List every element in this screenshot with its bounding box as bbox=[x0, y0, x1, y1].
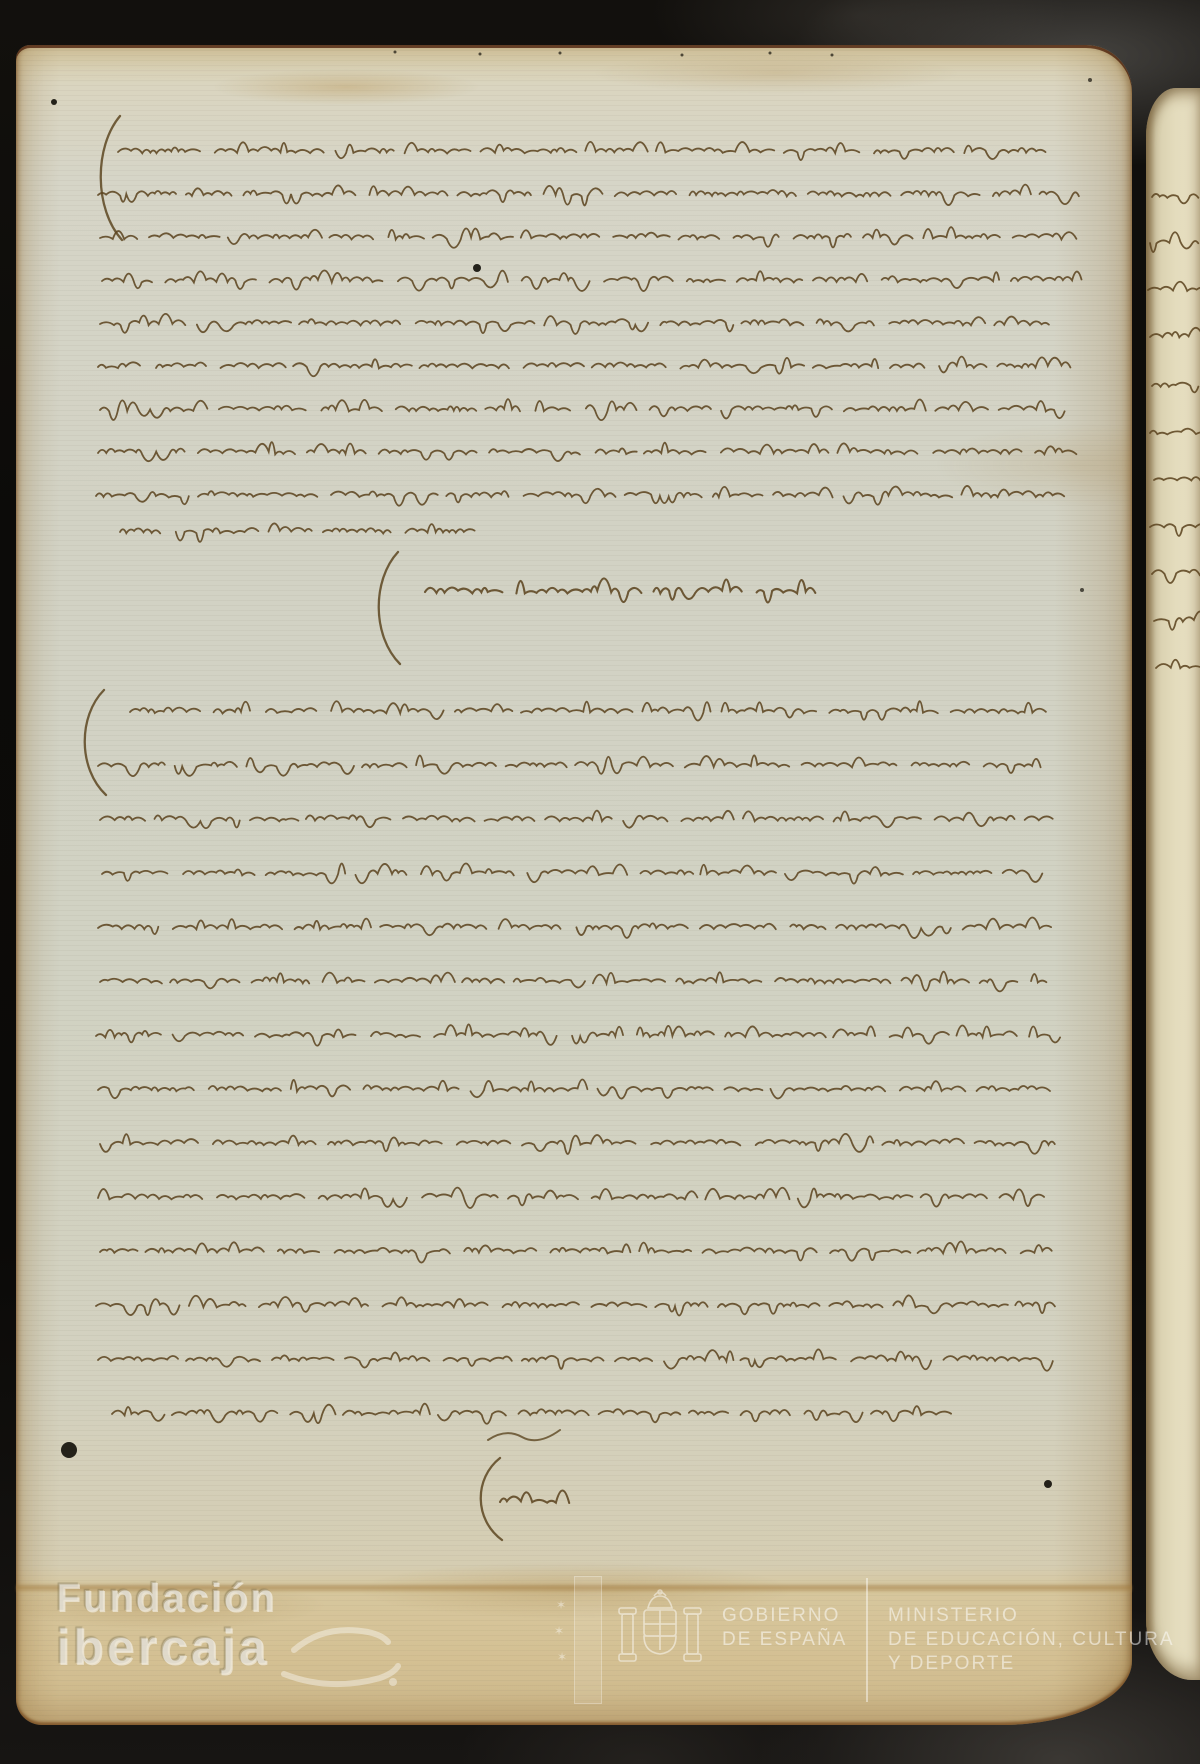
star-icon: ✶ bbox=[557, 1650, 567, 1664]
gobierno-watermark-line2: DE ESPAÑA bbox=[722, 1628, 847, 1652]
watermark-column bbox=[574, 1576, 602, 1704]
ministerio-watermark-line1: MINISTERIO bbox=[888, 1604, 1019, 1628]
star-icon: ✶ bbox=[556, 1598, 566, 1612]
ministerio-watermark-line2: DE EDUCACIÓN, CULTURA bbox=[888, 1628, 1175, 1652]
ibercaja-watermark-line1: Fundación bbox=[56, 1576, 276, 1621]
ibercaja-watermark-line2: ibercaja bbox=[56, 1618, 269, 1676]
spain-coat-of-arms-icon bbox=[610, 1584, 710, 1688]
ibercaja-logo-icon bbox=[276, 1612, 406, 1702]
manuscript-page bbox=[16, 45, 1132, 1725]
ministerio-watermark-line3: Y DEPORTE bbox=[888, 1652, 1015, 1676]
adjacent-folio-edge bbox=[1146, 88, 1200, 1680]
star-icon: ✶ bbox=[554, 1624, 564, 1638]
watermark-divider bbox=[866, 1578, 868, 1702]
paper-texture bbox=[16, 45, 1132, 1725]
gobierno-watermark-line1: GOBIERNO bbox=[722, 1604, 840, 1628]
archive-photo-background: { "document_kind": "medieval manuscript … bbox=[0, 0, 1200, 1764]
